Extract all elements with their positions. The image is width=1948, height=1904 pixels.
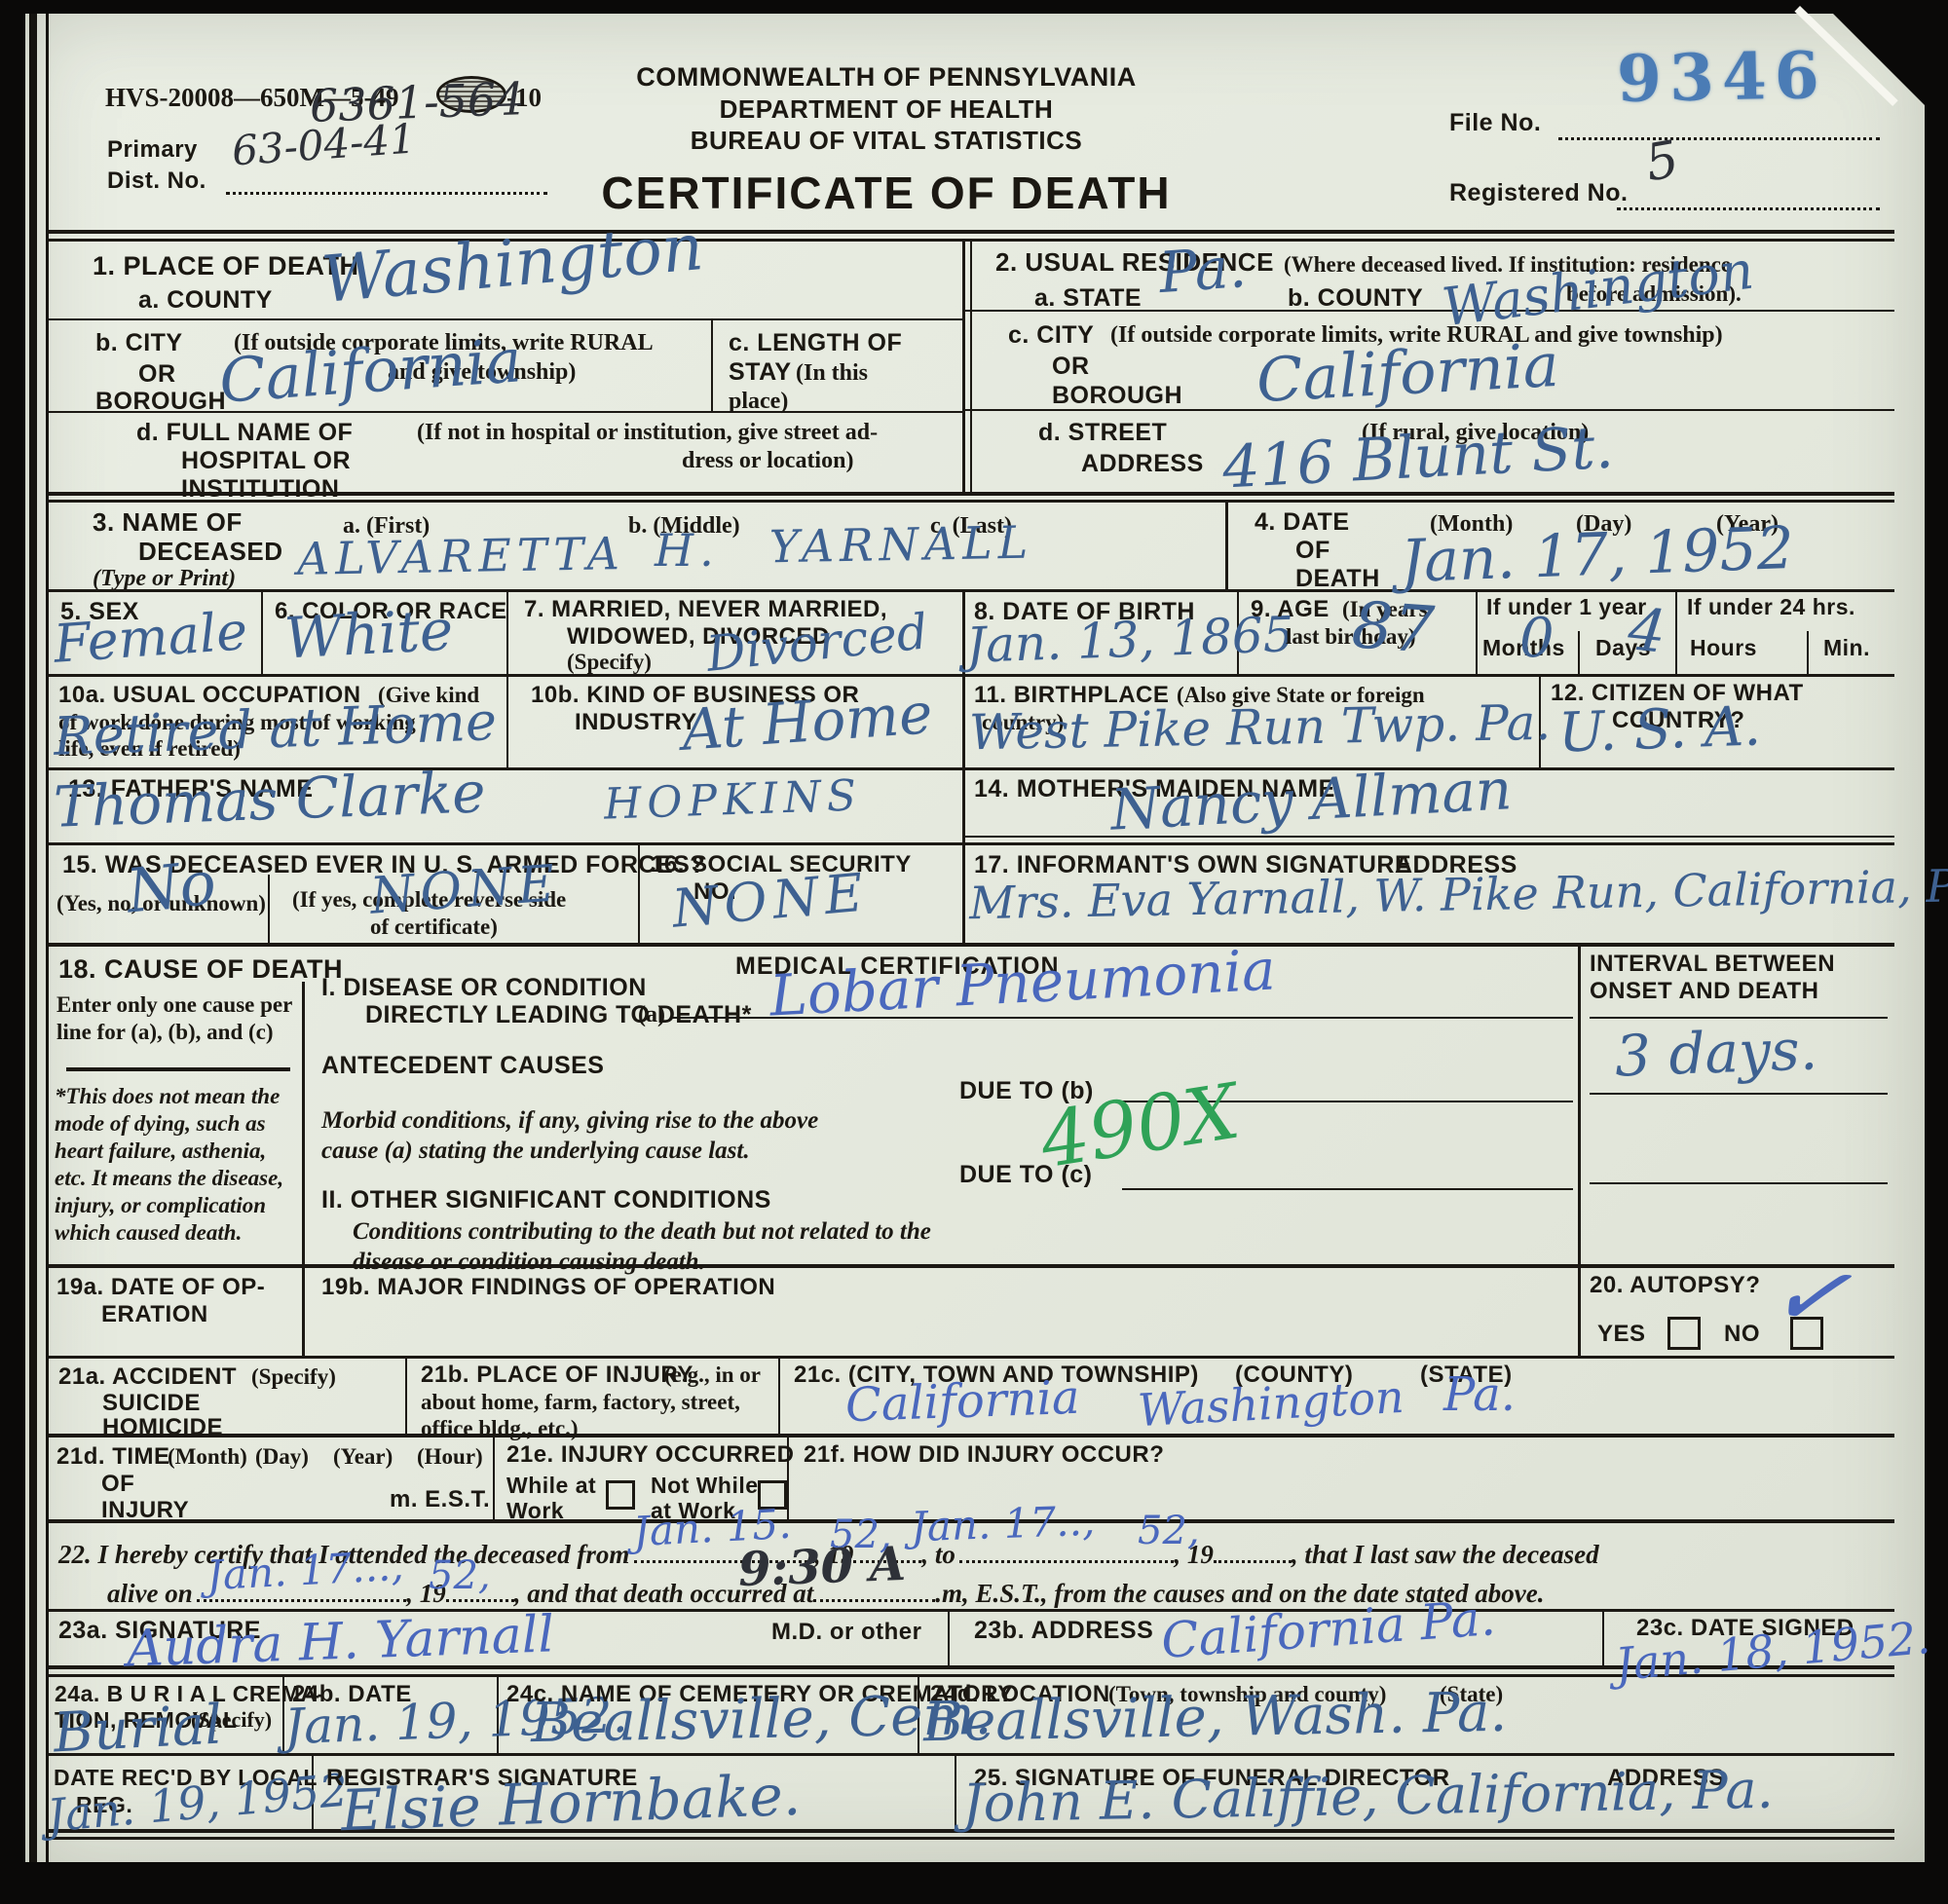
street-label2: ADDRESS <box>1081 450 1204 478</box>
birthplace-value: West Pike Run Twp. Pa. <box>969 698 1552 757</box>
injury-est-label: m. E.S.T. <box>390 1486 490 1513</box>
residence-county-label: b. COUNTY <box>1288 284 1423 313</box>
county-label: a. COUNTY <box>138 286 273 315</box>
cause-of-death-label: 18. CAUSE OF DEATH <box>58 954 343 985</box>
name-label1: 3. NAME OF <box>93 508 243 538</box>
marital-note: (Specify) <box>567 649 652 676</box>
months-value: 0 <box>1519 612 1555 666</box>
injury-county-value: Washington <box>1137 1374 1405 1433</box>
autopsy-yes-checkbox <box>1667 1317 1701 1350</box>
death-time-value: 9:30 A <box>737 1541 906 1593</box>
antecedent-label: ANTECEDENT CAUSES <box>321 1052 604 1080</box>
dist-no-label: Dist. No. <box>107 168 206 195</box>
street-label1: d. STREET <box>1038 419 1167 447</box>
date-of-death-value: Jan. 17, 1952 <box>1400 519 1795 591</box>
location-value: Beallsville, Wash. Pa. <box>923 1686 1508 1750</box>
binding-edge-line <box>29 14 37 1862</box>
registered-no-blank <box>1617 206 1880 210</box>
name-label3: (Type or Print) <box>93 565 236 593</box>
hospital-note1: (If not in hospital or institution, give… <box>417 419 878 447</box>
funeral-director-value: John E. Califfie, California, Pa. <box>962 1764 1775 1831</box>
disease-a-label: (a) <box>638 1001 665 1029</box>
place-of-injury-note2: about home, farm, factory, street, <box>421 1389 740 1416</box>
length-of-stay-note2: place) <box>729 388 788 416</box>
date-of-death-label2: OF <box>1295 537 1330 565</box>
state-value: Pa. <box>1157 239 1248 301</box>
hospital-note2: dress or location) <box>682 447 853 475</box>
registered-no-label: Registered No. <box>1449 179 1628 207</box>
place-of-injury-label: 21b. PLACE OF INJURY <box>421 1362 693 1389</box>
work-label: Work <box>506 1498 564 1523</box>
length-of-stay-label: c. LENGTH OF <box>729 329 902 357</box>
under1yr-label: If under 1 year <box>1486 594 1647 619</box>
primary-label: Primary <box>107 136 198 164</box>
injury-year-label: (Year) <box>333 1443 393 1471</box>
name-label2: DECEASED <box>138 538 282 567</box>
residence-city-label: c. CITY <box>1008 321 1094 350</box>
binding-edge-line <box>46 14 49 1862</box>
dist-no-blank <box>226 191 547 195</box>
hospital-label2: HOSPITAL OR <box>181 447 351 475</box>
first-name-value: ALVARETTA <box>297 531 626 581</box>
org-line2: DEPARTMENT OF HEALTH <box>604 95 1169 125</box>
file-no-label: File No. <box>1449 109 1541 137</box>
injury-city-value: California <box>844 1374 1080 1429</box>
autopsy-no-label: NO <box>1724 1321 1760 1348</box>
autopsy-no-checkmark: ✓ <box>1763 1243 1856 1349</box>
physician-signature-value: Audra H. Yarnall <box>126 1609 555 1674</box>
place-of-injury-note1: (e.g., in or <box>664 1362 761 1389</box>
alive-on-year: 52, <box>429 1556 491 1595</box>
place-of-injury-note3: office bldg., etc.) <box>421 1415 579 1442</box>
father-value-script: Thomas Clarke <box>53 764 486 835</box>
sex-value: Female <box>52 605 248 671</box>
autopsy-label: 20. AUTOPSY? <box>1590 1272 1760 1299</box>
certify-text-6: alive on <box>107 1579 193 1608</box>
time-of-injury-label1: 21d. TIME <box>56 1443 170 1471</box>
attended-to-value: Jan. 17.., <box>910 1501 1095 1549</box>
registrar-value: Elsie Hornbake. <box>340 1767 802 1839</box>
autopsy-yes-label: YES <box>1597 1321 1646 1348</box>
injury-hour-label: (Hour) <box>417 1443 483 1471</box>
length-of-stay-note: (In this <box>796 360 868 386</box>
while-at-label: While at <box>506 1473 596 1498</box>
middle-name-value: H. <box>655 528 720 573</box>
date-of-operation-label1: 19a. DATE OF OP- <box>56 1274 265 1301</box>
how-injury-label: 21f. HOW DID INJURY OCCUR? <box>804 1441 1164 1469</box>
interval-label1: INTERVAL BETWEEN <box>1590 951 1835 978</box>
hours-label: Hours <box>1690 635 1757 660</box>
time-of-injury-label3: INJURY <box>101 1497 189 1524</box>
hospital-label1: d. FULL NAME OF <box>136 419 353 447</box>
age-label: 9. AGE <box>1251 596 1330 623</box>
accident-label1: 21a. ACCIDENT <box>58 1363 237 1391</box>
place-of-death-label: 1. PLACE OF DEATH <box>93 251 359 281</box>
city-label: b. CITY <box>95 329 183 357</box>
city-or-label: OR <box>138 360 176 389</box>
interval-value: 3 days. <box>1614 1021 1818 1084</box>
accident-label3: HOMICIDE <box>102 1414 223 1441</box>
residence-city-value: California <box>1255 335 1561 411</box>
cause-note1: Enter only one cause per line for (a), (… <box>56 991 295 1045</box>
borough-label: BOROUGH <box>95 388 226 416</box>
last-name-value: YARNALL <box>769 520 1034 570</box>
date-of-death-label1: 4. DATE <box>1255 508 1350 537</box>
length-of-stay-label2: STAY <box>729 358 792 386</box>
while-at-work-checkbox <box>606 1480 635 1510</box>
days-value: 4 <box>1626 600 1668 662</box>
residence-or-label: OR <box>1052 353 1090 381</box>
industry-label2: INDUSTRY <box>575 709 697 736</box>
disease-label2: DIRECTLY LEADING TO DEATH* <box>365 1001 752 1029</box>
other-conditions-label: II. OTHER SIGNIFICANT CONDITIONS <box>321 1186 771 1214</box>
certify-blank <box>1214 1537 1292 1563</box>
burial-value: Burial <box>53 1699 224 1762</box>
under24-label: If under 24 hrs. <box>1687 594 1855 619</box>
father-value-print: HOPKINS <box>603 774 862 826</box>
org-line1: COMMONWEALTH OF PENNSYLVANIA <box>604 62 1169 93</box>
cause-note2: *This does not mean the mode of dying, s… <box>55 1083 298 1247</box>
certificate-title: CERTIFICATE OF DEATH <box>545 168 1227 219</box>
dist-no-value: 63-04-41 <box>231 118 417 171</box>
attended-to-year: 52, <box>1138 1512 1200 1550</box>
injury-month-label: (Month) <box>168 1443 247 1471</box>
state-label: a. STATE <box>1034 284 1142 313</box>
accident-label2: SUICIDE <box>102 1390 201 1417</box>
md-or-other-label: M.D. or other <box>771 1619 922 1646</box>
not-while-label: Not While <box>651 1473 759 1498</box>
date-of-operation-label2: ERATION <box>101 1301 208 1328</box>
org-line3: BUREAU OF VITAL STATISTICS <box>604 127 1169 156</box>
file-number-stamp: 9346 <box>1616 37 1827 117</box>
race-value: White <box>283 602 455 667</box>
armed-forces-none: NONE <box>368 858 562 922</box>
injury-occurred-label: 21e. INJURY OCCURRED <box>506 1441 794 1469</box>
physician-address-label: 23b. ADDRESS <box>974 1617 1153 1645</box>
citizen-value: U. S. A. <box>1557 699 1762 761</box>
injury-state-value: Pa. <box>1443 1371 1516 1418</box>
other-conditions-note: Conditions contributing to the death but… <box>353 1217 976 1277</box>
industry-value: At Home <box>680 685 934 759</box>
file-no-blank <box>1558 136 1880 140</box>
certify-text-5: , that I last saw the deceased <box>1292 1540 1599 1569</box>
dob-value: Jan. 13, 1865 <box>965 610 1294 670</box>
residence-borough-label: BOROUGH <box>1052 382 1182 410</box>
time-of-injury-label2: OF <box>101 1471 134 1498</box>
alive-on-value: Jan. 17..., <box>206 1546 404 1597</box>
min-label: Min. <box>1823 635 1870 660</box>
accident-note: (Specify) <box>251 1363 336 1391</box>
death-certificate-scan: HVS-20008—650M—5-49 -10 6361-564 Primary… <box>0 0 1948 1904</box>
armed-forces-value: No <box>124 852 219 921</box>
interval-label2: ONSET AND DEATH <box>1590 978 1819 1005</box>
hospital-label3: INSTITUTION <box>181 475 339 504</box>
injury-day-label: (Day) <box>255 1443 309 1471</box>
disease-label1: I. DISEASE OR CONDITION <box>321 974 647 1002</box>
age-value: 87 <box>1350 593 1436 663</box>
occupation-value: Retired at Home <box>53 695 498 764</box>
morbid-note: Morbid conditions, if any, giving rise t… <box>321 1106 867 1166</box>
major-findings-label: 19b. MAJOR FINDINGS OF OPERATION <box>321 1274 775 1301</box>
